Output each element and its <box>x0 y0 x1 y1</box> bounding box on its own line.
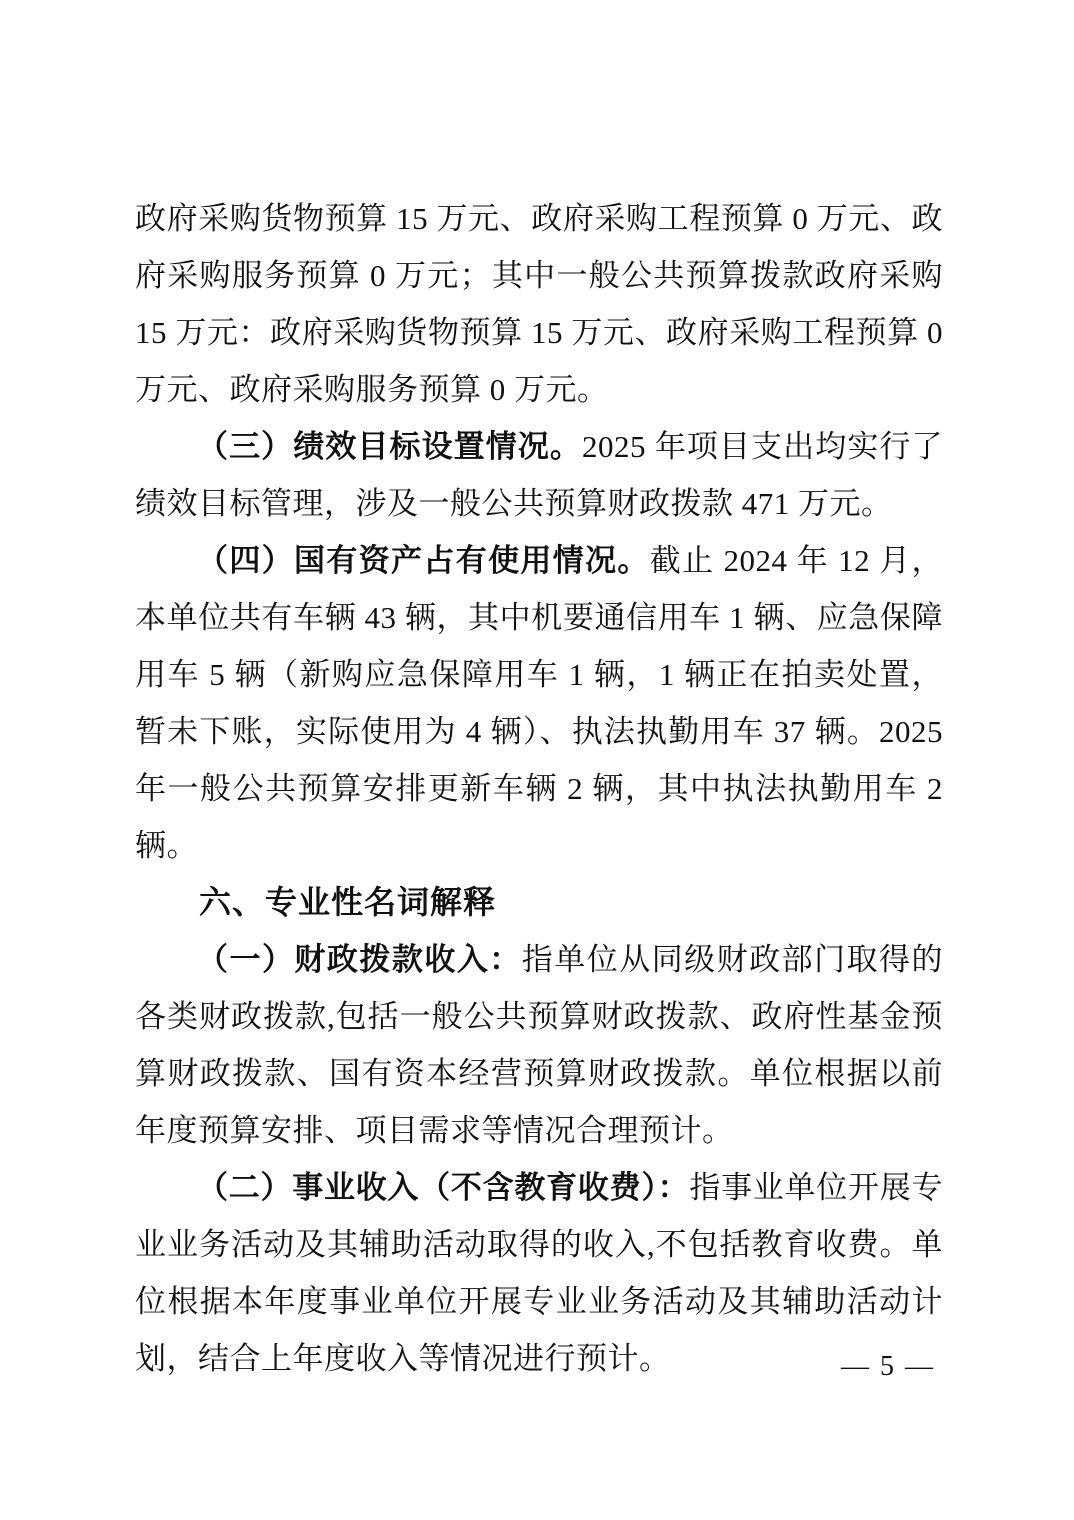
paragraph-gov-procurement: 政府采购货物预算 15 万元、政府采购工程预算 0 万元、政府采购服务预算 0 … <box>135 190 943 418</box>
document-body: 政府采购货物预算 15 万元、政府采购工程预算 0 万元、政府采购服务预算 0 … <box>135 190 943 1387</box>
page-number: — 5 — <box>841 1350 935 1384</box>
paragraph-text: 政府采购货物预算 15 万元、政府采购工程预算 0 万元、政府采购服务预算 0 … <box>135 201 943 407</box>
paragraph-lead-performance: （三）绩效目标设置情况。 <box>197 429 582 464</box>
document-page: 政府采购货物预算 15 万元、政府采购工程预算 0 万元、政府采购服务预算 0 … <box>0 0 1074 1520</box>
paragraph-state-assets: （四）国有资产占有使用情况。截止 2024 年 12 月，本单位共有车辆 43 … <box>135 532 943 874</box>
paragraph-text: 截止 2024 年 12 月，本单位共有车辆 43 辆，其中机要通信用车 1 辆… <box>135 543 943 863</box>
paragraph-lead-fiscal-income: （一）财政拨款收入： <box>197 942 522 977</box>
paragraph-fiscal-appropriation-income: （一）财政拨款收入：指单位从同级财政部门取得的各类财政拨款,包括一般公共预算财政… <box>135 931 943 1159</box>
section-heading-terminology: 六、专业性名词解释 <box>135 874 943 931</box>
paragraph-business-income: （二）事业收入（不含教育收费）：指事业单位开展专业业务活动及其辅助活动取得的收入… <box>135 1159 943 1387</box>
paragraph-lead-assets: （四）国有资产占有使用情况。 <box>197 543 650 578</box>
paragraph-lead-business-income: （二）事业收入（不含教育收费）： <box>197 1170 689 1205</box>
paragraph-performance-targets: （三）绩效目标设置情况。2025 年项目支出均实行了绩效目标管理，涉及一般公共预… <box>135 418 943 532</box>
